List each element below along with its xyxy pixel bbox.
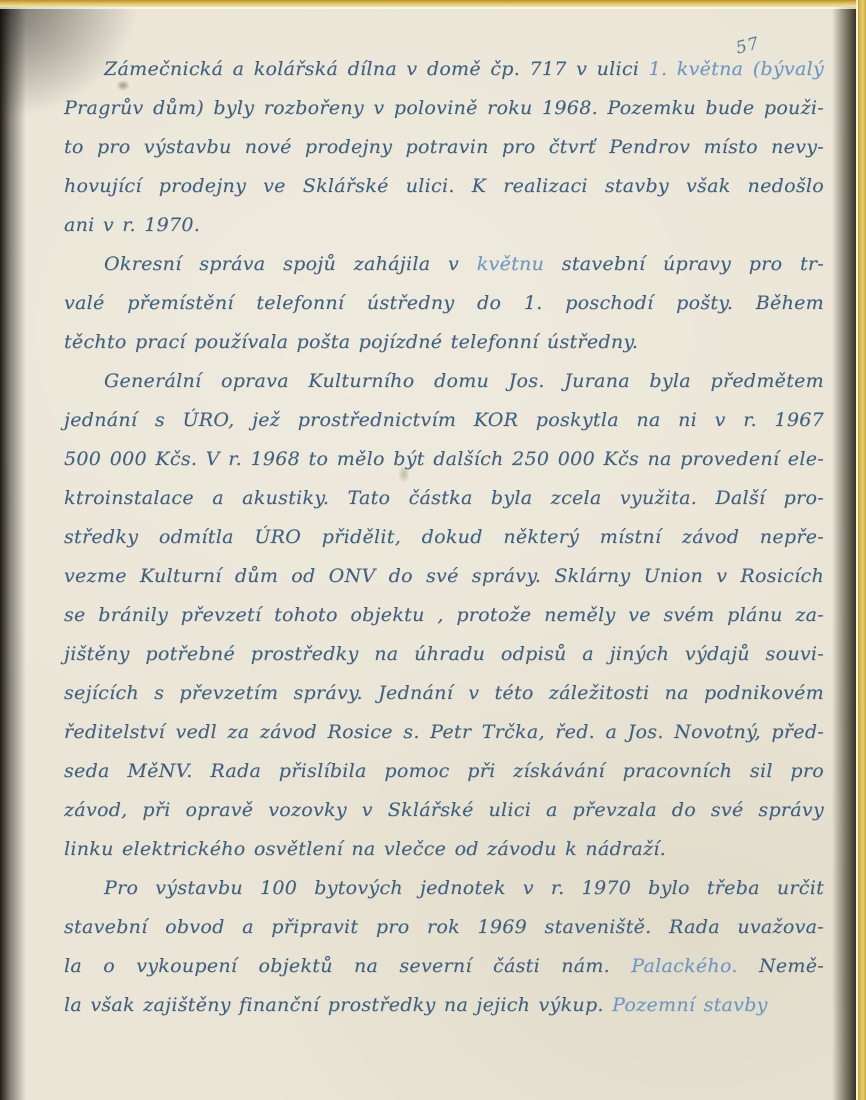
paragraph: Generální oprava Kulturního domu Jos. Ju… xyxy=(64,362,824,869)
manuscript-line: Generální oprava Kulturního domu Jos. Ju… xyxy=(64,362,824,401)
ink-segment: la o vykoupení objektů na severní části … xyxy=(64,955,631,977)
manuscript-line: seda MěNV. Rada přislíbila pomoc při zís… xyxy=(64,752,824,791)
manuscript-line: la však zajištěny finanční prostředky na… xyxy=(64,986,824,1025)
scanned-chronicle-page: 57 Zámečnická a kolářská dílna v domě čp… xyxy=(0,0,866,1100)
manuscript-line: Pragrův dům) byly rozbořeny v polovině r… xyxy=(64,89,824,128)
ink-segment: vezme Kulturní dům od ONV do své správy.… xyxy=(64,565,824,587)
ink-accent-segment: Pozemní stavby xyxy=(612,994,768,1016)
ink-segment: linku elektrického osvětlení na vlečce o… xyxy=(64,838,666,860)
manuscript-line: la o vykoupení objektů na severní části … xyxy=(64,947,824,986)
ink-segment: la však zajištěny finanční prostředky na… xyxy=(64,994,612,1016)
manuscript-line: Zámečnická a kolářská dílna v domě čp. 7… xyxy=(64,50,824,89)
manuscript-line: Pro výstavbu 100 bytových jednotek v r. … xyxy=(64,869,824,908)
manuscript-line: ktroinstalace a akustiky. Tato částka by… xyxy=(64,479,824,518)
paragraph: Pro výstavbu 100 bytových jednotek v r. … xyxy=(64,869,824,1025)
manuscript-line: středky odmítla ÚRO přidělit, dokud někt… xyxy=(64,518,824,557)
ink-segment: hovující prodejny ve Sklářské ulici. K r… xyxy=(64,175,824,197)
manuscript-line: valé přemístění telefonní ústředny do 1.… xyxy=(64,284,824,323)
ink-segment: stavební úpravy pro tr- xyxy=(544,253,824,275)
ink-segment: těchto prací používala pošta pojízdné te… xyxy=(64,331,638,353)
ink-segment: Nemě- xyxy=(738,955,824,977)
manuscript-line: se bránily převzetí tohoto objektu , pro… xyxy=(64,596,824,635)
ink-segment: stavební obvod a připravit pro rok 1969 … xyxy=(64,916,824,938)
manuscript-line: závod, při opravě vozovky v Sklářské uli… xyxy=(64,791,824,830)
manuscript-line: jednání s ÚRO, jež prostřednictvím KOR p… xyxy=(64,401,824,440)
manuscript-line: jištěny potřebné prostředky na úhradu od… xyxy=(64,635,824,674)
ink-segment: jištěny potřebné prostředky na úhradu od… xyxy=(64,643,824,665)
manuscript: Zámečnická a kolářská dílna v domě čp. 7… xyxy=(64,50,824,1025)
manuscript-line: linku elektrického osvětlení na vlečce o… xyxy=(64,830,824,869)
manuscript-line: sejících s převzetím správy. Jednání v t… xyxy=(64,674,824,713)
ink-segment: to pro výstavbu nové prodejny potravin p… xyxy=(64,136,824,158)
manuscript-line: těchto prací používala pošta pojízdné te… xyxy=(64,323,824,362)
manuscript-line: to pro výstavbu nové prodejny potravin p… xyxy=(64,128,824,167)
manuscript-line: 500 000 Kčs. V r. 1968 to mělo být další… xyxy=(64,440,824,479)
ink-accent-segment: (bývalý xyxy=(743,58,824,80)
scan-edge-right-shadow xyxy=(832,0,856,1100)
manuscript-line: ředitelství vedl za závod Rosice s. Petr… xyxy=(64,713,824,752)
ink-segment: 500 000 Kčs. V r. 1968 to mělo být další… xyxy=(64,448,824,470)
ink-segment: Pro výstavbu 100 bytových jednotek v r. … xyxy=(104,877,824,899)
manuscript-line: vezme Kulturní dům od ONV do své správy.… xyxy=(64,557,824,596)
ink-segment: ani v r. 1970. xyxy=(64,214,200,236)
ink-segment: se bránily převzetí tohoto objektu , pro… xyxy=(64,604,824,626)
ink-segment: jednání s ÚRO, jež prostřednictvím KOR p… xyxy=(64,409,824,431)
manuscript-line: Okresní správa spojů zahájila v květnu s… xyxy=(64,245,824,284)
manuscript-line: hovující prodejny ve Sklářské ulici. K r… xyxy=(64,167,824,206)
scan-corner-shadow xyxy=(0,0,140,120)
manuscript-line: ani v r. 1970. xyxy=(64,206,824,245)
ink-segment: Pragrův dům) byly rozbořeny v polovině r… xyxy=(64,97,824,119)
scan-edge-left-shadow xyxy=(0,0,26,1100)
ink-segment: středky odmítla ÚRO přidělit, dokud někt… xyxy=(64,526,824,548)
manuscript-line: stavební obvod a připravit pro rok 1969 … xyxy=(64,908,824,947)
ink-segment: sejících s převzetím správy. Jednání v t… xyxy=(64,682,824,704)
scan-edge-right-gold xyxy=(858,0,866,1100)
ink-accent-segment: květnu xyxy=(477,253,544,275)
ink-segment: ktroinstalace a akustiky. Tato částka by… xyxy=(64,487,824,509)
ink-segment: Zámečnická a kolářská dílna v domě čp. 7… xyxy=(104,58,649,80)
paragraph: Zámečnická a kolářská dílna v domě čp. 7… xyxy=(64,50,824,245)
ink-accent-segment: 1. května xyxy=(649,58,744,80)
ink-segment: valé přemístění telefonní ústředny do 1.… xyxy=(64,292,824,314)
ink-accent-segment: Palackého. xyxy=(631,955,737,977)
scan-edge-top-highlight xyxy=(0,7,866,9)
ink-segment: závod, při opravě vozovky v Sklářské uli… xyxy=(64,799,824,821)
ink-segment: Okresní správa spojů zahájila v xyxy=(104,253,477,275)
ink-segment: Generální oprava Kulturního domu Jos. Ju… xyxy=(104,370,824,392)
paragraph: Okresní správa spojů zahájila v květnu s… xyxy=(64,245,824,362)
scan-edge-top xyxy=(0,0,866,7)
ink-segment: seda MěNV. Rada přislíbila pomoc při zís… xyxy=(64,760,824,782)
ink-segment: ředitelství vedl za závod Rosice s. Petr… xyxy=(64,721,824,743)
